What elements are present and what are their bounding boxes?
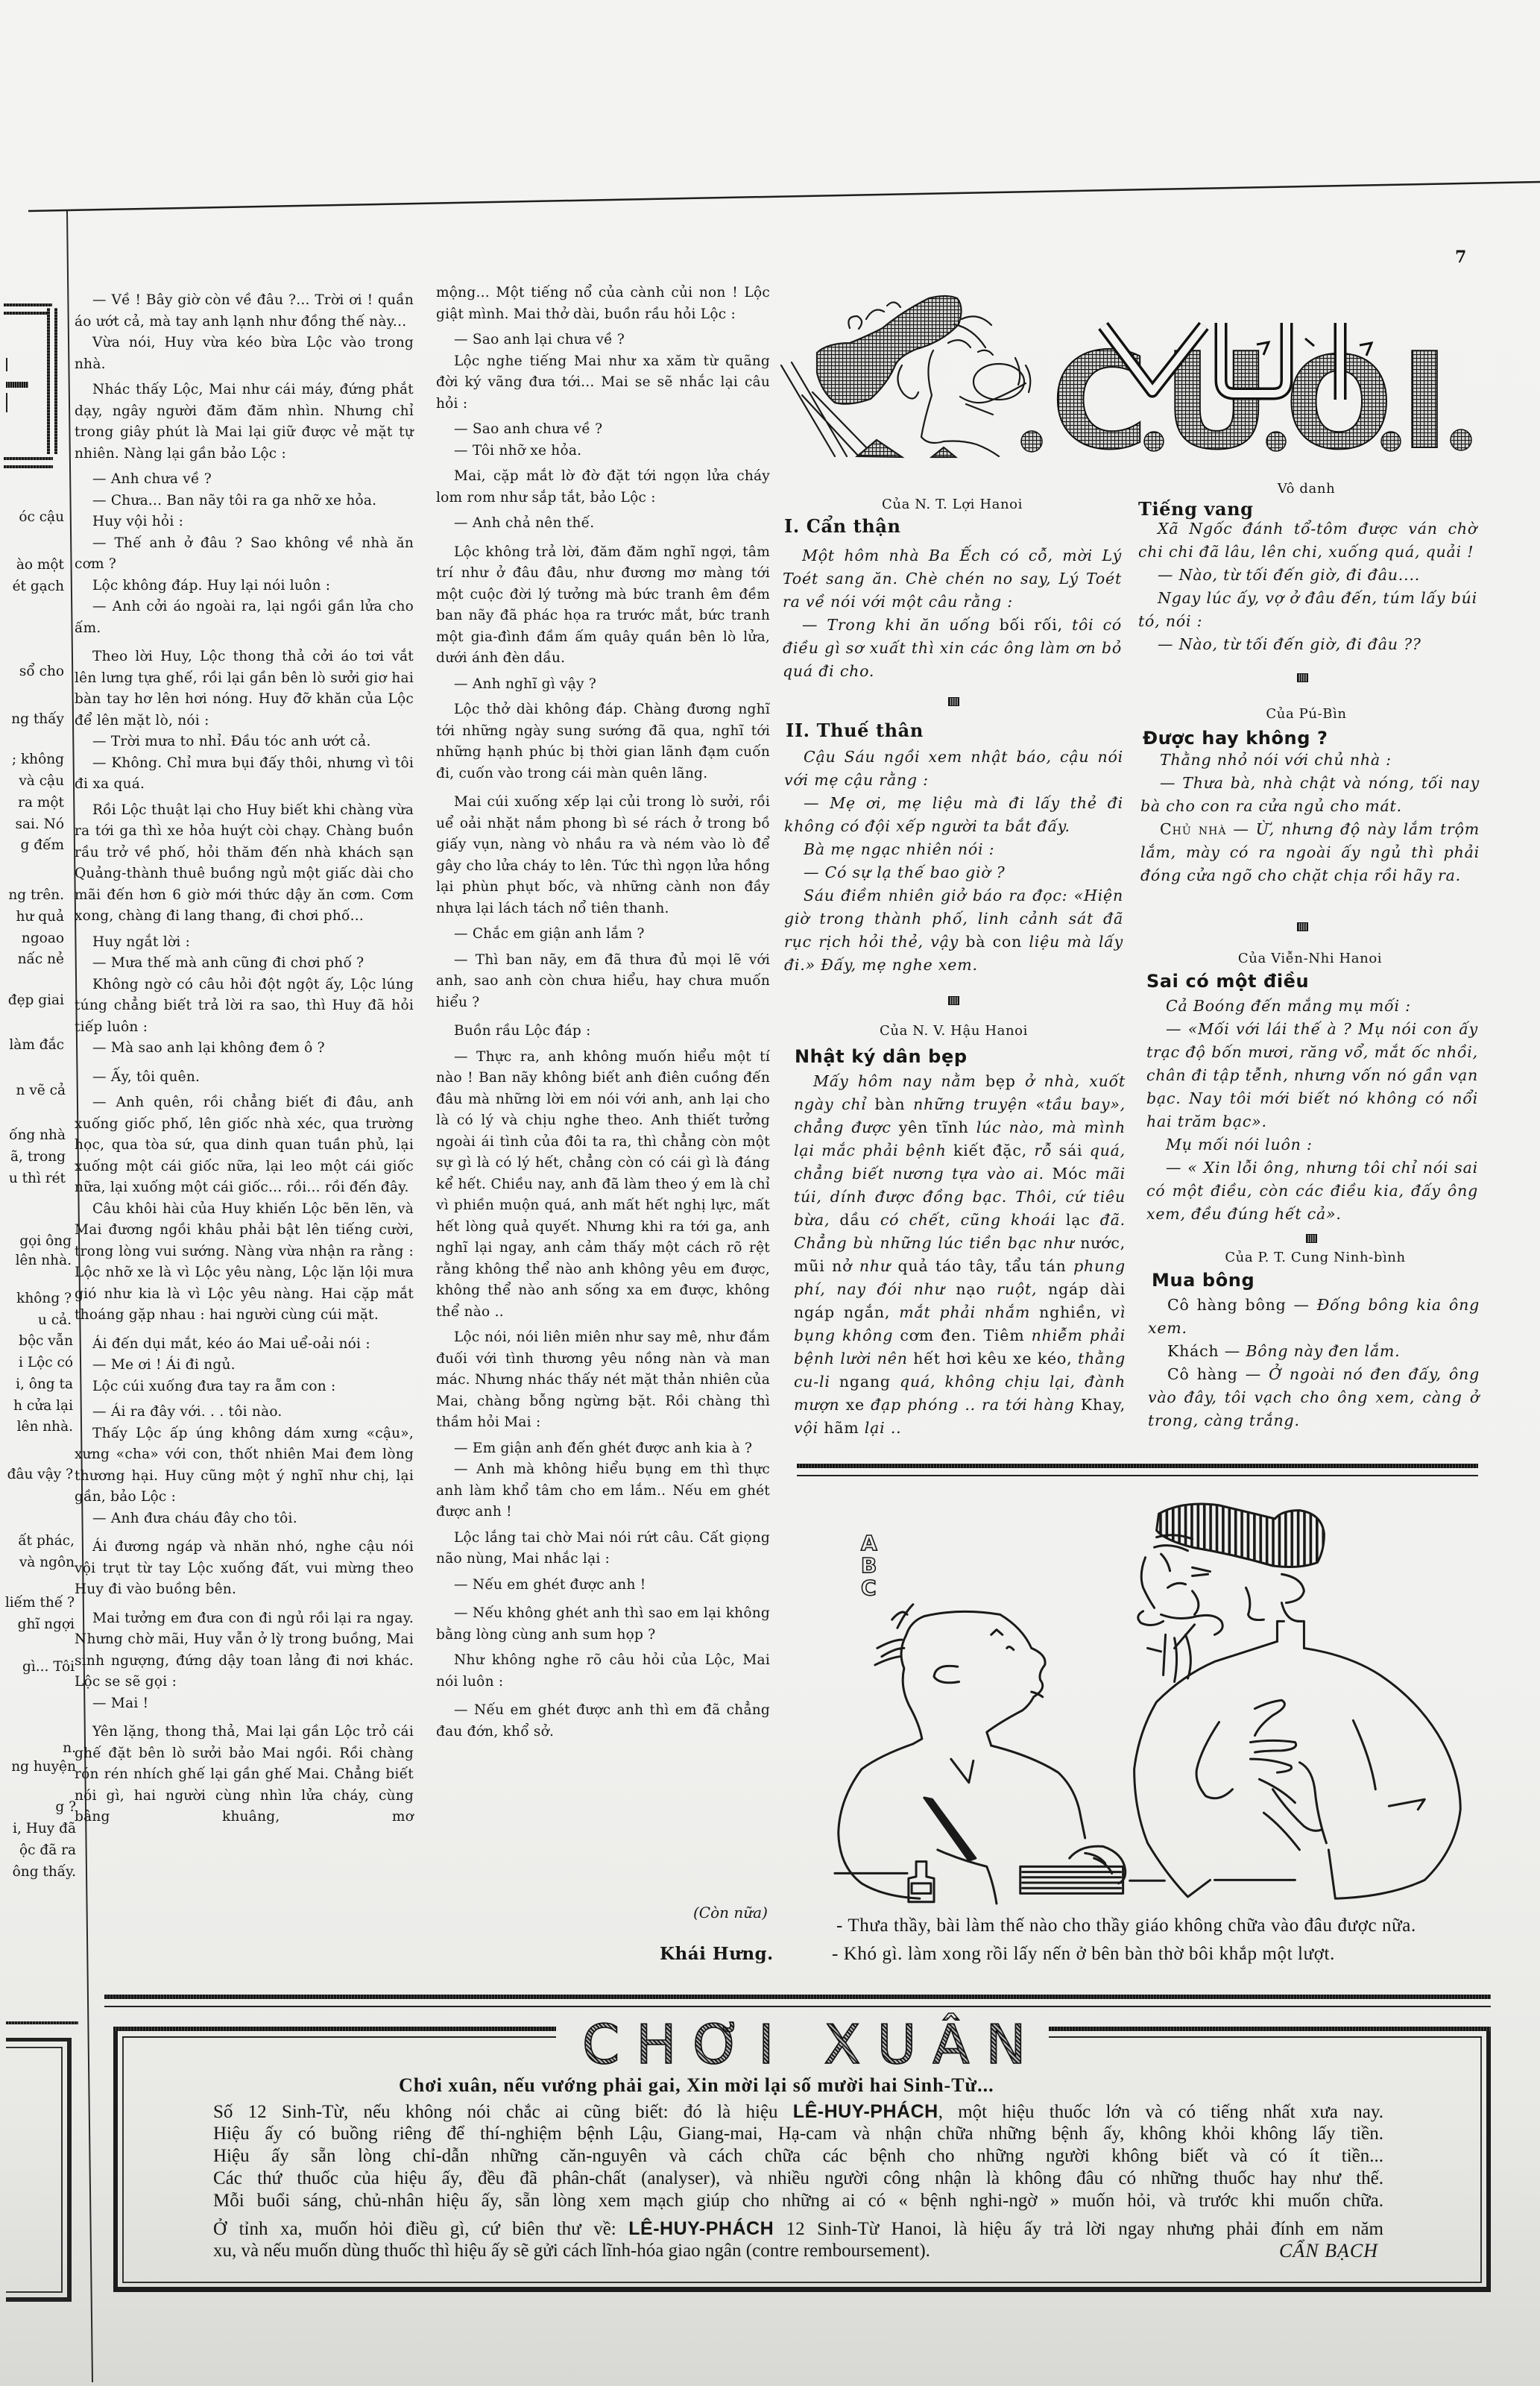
joke-title: I. Cẩn thận xyxy=(784,514,901,538)
author-signature: Khái Hưng. xyxy=(660,1944,774,1964)
text-run: mắt phải nhắm xyxy=(899,1303,1030,1321)
fragment-line: ất phác, xyxy=(18,1531,75,1552)
story-paragraph: — Anh chưa về ? xyxy=(75,469,414,491)
story-paragraph: — Mưa thế mà anh cũng đi chơi phố ? xyxy=(75,953,414,975)
ad-text: 12 Sinh-Từ Hanoi, là hiệu ấy trả lời nga… xyxy=(774,2219,1383,2239)
fragment-line: ghĩ ngợi xyxy=(18,1614,75,1635)
joke-byline: Của Viễn-Nhi Hanoi xyxy=(1140,948,1480,969)
text-run: như xyxy=(859,1257,891,1275)
joke-body: Cả Boóng đến mắng mụ mối : — «Mối với lá… xyxy=(1146,995,1478,1226)
dash: — xyxy=(1219,1342,1246,1360)
cartoon-illustration xyxy=(790,1447,1491,1924)
speaker-label: Cô hàng xyxy=(1167,1365,1238,1383)
ad-separator-thin xyxy=(104,2006,1491,2007)
fragment-line: n vẽ cả xyxy=(16,1080,66,1101)
fragment-line: ông thấy. xyxy=(13,1862,76,1883)
ad-text: Mỗi buổi sáng, chủ-nhân hiệu ấy, sẵn lòn… xyxy=(213,2191,1383,2211)
text-run: bối rối, xyxy=(1000,616,1063,634)
joke-paragraph: Bà mẹ ngạc nhiên nói : xyxy=(784,838,1123,861)
text-run: dầu xyxy=(830,1211,880,1229)
story-paragraph: — Anh mà không hiểu bụng em thì thực anh… xyxy=(436,1459,770,1523)
ornament-bar xyxy=(4,457,53,460)
ornament-icon xyxy=(948,697,959,706)
speech-text: Bông này đen lắm. xyxy=(1246,1342,1400,1360)
joke-paragraph: Cô hàng bông — Đống bông kia ông xem. xyxy=(1148,1294,1480,1340)
story-paragraph: Vừa nói, Huy vừa kéo bừa Lộc vào trong n… xyxy=(75,333,414,375)
text-run: có chết, cũng khoái xyxy=(880,1211,1056,1229)
story-paragraph: Thấy Lộc ấp úng không dám xưng «cậu», xư… xyxy=(75,1423,414,1508)
story-paragraph: Không ngờ có câu hỏi đột ngột ấy, Lộc lú… xyxy=(75,975,414,1039)
pupil-figure xyxy=(835,1605,1164,1904)
text-run: ruột, xyxy=(997,1280,1037,1298)
fragment-line: nấc nẻ xyxy=(18,949,64,970)
title-letter: C xyxy=(1051,324,1149,479)
cartoon-caption-line: - Khó gì. làm xong rồi lấy nến ở bên bàn… xyxy=(832,1942,1335,1967)
text-run: nghiền, xyxy=(1030,1303,1102,1321)
joke-paragraph: Mấy hôm nay nằm bẹp ở nhà, xuốt ngày chỉ… xyxy=(794,1070,1126,1440)
joke-body: Xã Ngốc đánh tổ-tôm được ván chờ chi chi… xyxy=(1138,517,1477,656)
fragment-line: ào một xyxy=(16,555,64,576)
fragment-line: ã, trong xyxy=(10,1147,66,1168)
story-paragraph: — Anh quên, rồi chẳng biết đi đâu, anh x… xyxy=(75,1092,414,1199)
outline-letter: V xyxy=(775,224,776,224)
story-paragraph: — Mai ! xyxy=(75,1693,414,1715)
joke-paragraph: — Mẹ ơi, mẹ liệu mà đi lấy thẻ đi không … xyxy=(784,792,1123,838)
fragment-line: sai. Nó xyxy=(15,814,64,835)
story-paragraph: Theo lời Huy, Lộc thong thả cởi áo tơi v… xyxy=(75,646,414,731)
fragment-line: lên nhà. xyxy=(16,1250,72,1271)
fragment-line: g ? xyxy=(55,1797,76,1818)
top-rule xyxy=(28,182,1540,211)
ad-subtitle: Chơi xuân, nếu vướng phải gai, Xin mời l… xyxy=(399,2074,994,2097)
speaker-label: Cô hàng bông xyxy=(1167,1296,1287,1314)
text-run: rỗ xyxy=(1034,1142,1052,1159)
speaker-label: Khách xyxy=(1167,1342,1219,1360)
story-paragraph: Câu khôi hài của Huy khiến Lộc bẽn lẽn, … xyxy=(75,1199,414,1326)
joke-paragraph: Chủ nhà — Ừ, nhưng độ này lắm trộm lắm, … xyxy=(1140,818,1480,887)
fragment-line: không ? xyxy=(16,1288,72,1309)
text-run: bàn xyxy=(867,1095,913,1113)
ornament-icon xyxy=(1297,673,1308,682)
story-paragraph: — Anh chả nên thế. xyxy=(436,513,770,535)
story-paragraph: Yên lặng, thong thả, Mai lại gần Lộc trỏ… xyxy=(75,1722,414,1828)
story-paragraph: — Về ! Bây giờ còn về đâu ?... Trời ơi !… xyxy=(75,290,414,333)
text-run: vội xyxy=(794,1419,818,1437)
joke-paragraph: — Trong khi ăn uống bối rối, tôi có điều… xyxy=(783,614,1122,683)
text-run: kiết đặc, xyxy=(947,1142,1035,1159)
dash: — xyxy=(1238,1365,1269,1383)
story-paragraph: Lộc nghe tiếng Mai như xa xăm từ quãng đ… xyxy=(436,351,770,415)
text-run: quả táo tây, tẩu tán xyxy=(891,1257,1073,1275)
caricature-face-icon xyxy=(781,296,1030,457)
story-paragraph: — Me ơi ! Ái đi ngủ. xyxy=(75,1355,414,1376)
story-paragraph: Huy vội hỏi : xyxy=(75,511,414,533)
text-run: — Trong khi ăn uống xyxy=(802,616,1000,634)
ad-line: Hiệu ấy có buồng riêng để thí-nghiệm bện… xyxy=(213,2123,1383,2145)
text-run: đạp phóng .. ra tới hàng xyxy=(871,1396,1075,1414)
story-paragraph: Lộc không đáp. Huy lại nói luôn : xyxy=(75,576,414,597)
fragment-line: h cửa lại xyxy=(13,1396,73,1417)
joke-paragraph: Cô hàng — Ở ngoài nó đen đấy, ông vào đâ… xyxy=(1148,1363,1480,1432)
joke-paragraph: Khách — Bông này đen lắm. xyxy=(1148,1340,1480,1363)
ornament-icon xyxy=(1306,1234,1317,1243)
fragment-line: làm đắc xyxy=(9,1035,64,1056)
fragment-line: ộc đã ra xyxy=(19,1840,76,1861)
ad-line: Ở tỉnh xa, muốn hỏi điều gì, cứ biên thư… xyxy=(213,2217,1383,2240)
story-paragraph: — Anh đưa cháu đây cho tôi. xyxy=(75,1508,414,1530)
story-paragraph: — Thực ra, anh không muốn hiểu một tí nà… xyxy=(436,1047,770,1323)
fragment-line: bộc vẫn xyxy=(19,1331,73,1352)
ad-line: Mỗi buổi sáng, chủ-nhân hiệu ấy, sẵn lòn… xyxy=(213,2190,1383,2212)
story-paragraph: — Chắc em giận anh lắm ? xyxy=(436,924,770,945)
ad-text: , một hiệu thuốc lớn và có tiếng nhất xư… xyxy=(938,2102,1383,2122)
vui-cuoi-logo: C U O I V xyxy=(775,224,1506,522)
frame-bar xyxy=(47,308,50,454)
text-run: Mấy hôm nay nằm xyxy=(813,1072,976,1090)
joke-paragraph: — Nào, từ tối đến giờ, đi đâu.... xyxy=(1138,564,1477,587)
story-paragraph: — Thế anh ở đâu ? Sao không về nhà ăn cơ… xyxy=(75,533,414,576)
story-paragraph: — Tôi nhỡ xe hỏa. xyxy=(436,441,770,462)
fragment-line: ống nhà xyxy=(9,1125,66,1146)
story-paragraph: Ái đến dụi mắt, kéo áo Mai uể-oải nói : xyxy=(75,1334,414,1356)
joke-paragraph: — «Mối với lái thế à ? Mụ nói con ấy trạ… xyxy=(1146,1018,1478,1133)
ad-text: Hiệu ấy có buồng riêng để thí-nghiệm bện… xyxy=(213,2124,1383,2144)
ad-line: Số 12 Sinh-Từ, nếu không nói chắc ai cũn… xyxy=(213,2100,1383,2123)
story-paragraph: — Em giận anh đến ghét được anh kia à ? xyxy=(436,1438,770,1460)
text-run: xe xyxy=(839,1396,871,1414)
story-paragraph: — Nếu không ghét anh thì sao em lại khôn… xyxy=(436,1603,770,1646)
ad-line: Các thứ thuốc của hiệu ấy, đều đã phân-c… xyxy=(213,2168,1383,2190)
text-run: lạc xyxy=(1056,1211,1100,1229)
story-paragraph: — Ấy, tôi quên. xyxy=(75,1067,414,1089)
story-paragraph: Lộc cúi xuống đưa tay ra ẵm con : xyxy=(75,1376,414,1398)
story-paragraph: Lộc nói, nói liên miên như say mê, như đ… xyxy=(436,1327,770,1434)
dash: — xyxy=(1226,820,1255,838)
abc-letter: C xyxy=(861,1578,877,1599)
story-paragraph: — Nếu em ghét được anh ! xyxy=(436,1575,770,1596)
story-paragraph: — Ái ra đây với. . . tôi nào. xyxy=(75,1402,414,1423)
ornament-bar xyxy=(4,312,50,315)
story-paragraph: — Sao anh lại chưa về ? xyxy=(436,330,770,351)
joke-paragraph: — Nào, từ tối đến giờ, đi đâu ?? xyxy=(1138,633,1477,656)
joke-title: Mua bông xyxy=(1152,1268,1255,1292)
fragment-line: óc cậu xyxy=(19,507,64,528)
teacher-figure xyxy=(1135,1504,1461,1898)
title-letters: C U O I xyxy=(1021,324,1471,479)
fragment-line: g đếm xyxy=(21,835,65,856)
ad-body: Số 12 Sinh-Từ, nếu không nói chắc ai cũn… xyxy=(213,2100,1383,2262)
ad-brand: LÊ-HUY-PHÁCH xyxy=(793,2101,938,2122)
joke-paragraph: Xã Ngốc đánh tổ-tôm được ván chờ chi chi… xyxy=(1138,517,1477,564)
fragment-line: liếm thế ? xyxy=(5,1593,75,1614)
text-run: hãm xyxy=(818,1419,865,1437)
joke-byline: Của N. V. Hậu Hanoi xyxy=(784,1021,1123,1042)
fragment-line: và cậu xyxy=(19,771,64,792)
joke-paragraph: Ngay lúc ấy, vợ ở đâu đến, túm lấy búi t… xyxy=(1138,587,1477,633)
joke-byline: Vô danh xyxy=(1137,479,1476,500)
story-paragraph: Nhác thấy Lộc, Mai như cái máy, đứng phắ… xyxy=(75,380,414,465)
ad-text: Ở tỉnh xa, muốn hỏi điều gì, cứ biên thư… xyxy=(213,2219,628,2239)
joke-title: Nhật ký dân bẹp xyxy=(795,1045,968,1068)
ad-line: Hiệu ấy sẵn lòng chỉ-dẫn những căn-nguyê… xyxy=(213,2145,1383,2168)
fragment-line: gọi ông xyxy=(19,1231,72,1252)
story-paragraph: Mai, cặp mắt lờ đờ đặt tới ngọn lửa cháy… xyxy=(436,466,770,509)
ad-separator-thick xyxy=(104,1995,1491,1999)
continued-note: (Còn nữa) xyxy=(693,1904,768,1921)
fragment-line: ng trên. xyxy=(8,885,64,906)
fragment-line: hư quả xyxy=(16,907,65,928)
story-paragraph: — Trời mưa to nhỉ. Đầu tóc anh ướt cả. xyxy=(75,731,414,753)
fragment-line: ra một xyxy=(18,793,64,813)
fragment-line: u thì rét xyxy=(9,1168,66,1189)
text-run: bẹp xyxy=(976,1072,1025,1090)
abc-letter: B xyxy=(861,1555,877,1576)
joke-byline: Của N. T. Lợi Hanoi xyxy=(783,494,1122,515)
story-paragraph: Rồi Lộc thuật lại cho Huy biết khi chàng… xyxy=(75,800,414,928)
joke-byline: Của P. T. Cung Ninh-bình xyxy=(1146,1247,1485,1268)
story-paragraph: — Không. Chỉ mưa bụi đấy thôi, nhưng vì … xyxy=(75,753,414,796)
ad-text: Hiệu ấy sẵn lòng chỉ-dẫn những căn-nguyê… xyxy=(213,2146,1383,2166)
frame-mark xyxy=(6,382,28,388)
story-paragraph: Mai tưởng em đưa con đi ngủ rồi lại ra n… xyxy=(75,1608,414,1693)
text-run: hết hơi kêu xe kéo, xyxy=(908,1350,1078,1367)
joke-body: Một hôm nhà Ba Ếch có cỗ, mời Lý Toét sa… xyxy=(783,544,1122,683)
text-run: bà con xyxy=(965,933,1022,951)
ornament-bar xyxy=(4,303,52,306)
fragment-line: ngoao xyxy=(22,928,64,949)
joke-title: Được hay không ? xyxy=(1143,726,1328,750)
serial-column-1: — Về ! Bây giờ còn về đâu ?... Trời ơi !… xyxy=(75,290,414,1828)
joke-title: Sai có một điều xyxy=(1146,969,1309,993)
fragment-line: i, Huy đã xyxy=(13,1819,76,1839)
frame-bar xyxy=(54,308,57,454)
fragment-line: sổ cho xyxy=(19,661,64,682)
text-run: lại .. xyxy=(865,1419,902,1437)
ornament-bar xyxy=(4,465,53,468)
cartoon-caption-line: - Thưa thầy, bài làm thế nào cho thầy gi… xyxy=(836,1913,1416,1939)
fragment-line: i, ông ta xyxy=(16,1374,73,1395)
fragment-line: u cả. xyxy=(38,1310,72,1331)
text-run: nạo xyxy=(945,1280,997,1298)
fragment-line: ng huyện xyxy=(11,1757,76,1778)
joke-body: Mấy hôm nay nằm bẹp ở nhà, xuốt ngày chỉ… xyxy=(794,1070,1126,1440)
abc-letter: A xyxy=(861,1533,877,1554)
joke-paragraph: Cả Boóng đến mắng mụ mối : xyxy=(1146,995,1478,1018)
story-paragraph: — Anh nghĩ gì vậy ? xyxy=(436,674,770,696)
ad-top-rule-left-thin xyxy=(122,2036,556,2038)
ornament-icon xyxy=(1297,922,1308,931)
ad-signature: CẨN BẠCH xyxy=(1279,2240,1378,2262)
story-paragraph: Lộc không trả lời, đăm đăm nghĩ ngợi, tâ… xyxy=(436,542,770,670)
joke-paragraph: Thằng nhỏ nói với chủ nhà : xyxy=(1140,749,1480,772)
speaker-label: Chủ nhà xyxy=(1160,820,1226,838)
fragment-line: lên nhà. xyxy=(17,1417,73,1438)
joke-byline: Của Pú-Bìn xyxy=(1137,704,1476,725)
frame-mark xyxy=(6,393,7,412)
joke-title: II. Thuế thân xyxy=(786,719,924,743)
story-paragraph: Ái đương ngáp và nhăn nhó, nghe cậu nói … xyxy=(75,1537,414,1601)
joke-paragraph: Một hôm nhà Ba Ếch có cỗ, mời Lý Toét sa… xyxy=(783,544,1122,614)
story-paragraph: Buồn rầu Lộc đáp : xyxy=(436,1021,770,1042)
joke-body: Cô hàng bông — Đống bông kia ông xem. Kh… xyxy=(1148,1294,1480,1432)
left-page-frame-inner xyxy=(6,2047,63,2293)
story-paragraph: Lộc lắng tai chờ Mai nói rứt câu. Cất gi… xyxy=(436,1528,770,1570)
ad-title: CHƠI XUÂN xyxy=(582,2018,1042,2071)
fragment-line: i Lộc có xyxy=(19,1353,73,1373)
joke-paragraph: Mụ mối nói luôn : xyxy=(1146,1133,1478,1156)
story-paragraph: — Thì ban nãy, em đã thưa đủ mọi lẽ với … xyxy=(436,950,770,1014)
joke-paragraph: — Có sự lạ thế bao giờ ? xyxy=(784,861,1123,884)
text-run: cơm đen. Tiêm xyxy=(893,1326,1031,1344)
ad-text: xu, và nếu muốn dùng thuốc thì hiệu ấy s… xyxy=(213,2241,930,2261)
text-run: ngang xyxy=(830,1373,900,1391)
fragment-line: ; không xyxy=(12,749,64,770)
story-paragraph: — Mà sao anh lại không đem ô ? xyxy=(75,1038,414,1060)
story-paragraph: Mai cúi xuống xếp lại củi trong lò sưởi,… xyxy=(436,792,770,919)
joke-paragraph: — « Xin lỗi ông, nhưng tôi chỉ nói sai c… xyxy=(1146,1156,1478,1226)
story-paragraph: — Chưa... Ban nãy tôi ra ga nhỡ xe hỏa. xyxy=(75,491,414,512)
story-paragraph: — Anh cởi áo ngoài ra, lại ngồi gần lửa … xyxy=(75,596,414,639)
frame-mark xyxy=(6,358,7,371)
fragment-line: đâu vậy ? xyxy=(7,1464,73,1485)
dash: — xyxy=(1287,1296,1317,1314)
joke-paragraph: Cậu Sáu ngồi xem nhật báo, cậu nói với m… xyxy=(784,746,1123,792)
serial-column-2: mộng... Một tiếng nổ của cành củi non ! … xyxy=(436,283,770,1743)
fragment-line: và ngôn xyxy=(19,1552,75,1573)
joke-paragraph: — Thưa bà, nhà chật và nóng, tối nay bà … xyxy=(1140,772,1480,818)
ad-text: Số 12 Sinh-Từ, nếu không nói chắc ai cũn… xyxy=(213,2102,793,2122)
text-run: yên tĩnh xyxy=(892,1118,976,1136)
story-paragraph: Như không nghe rõ câu hỏi của Lộc, Mai n… xyxy=(436,1650,770,1693)
ornament-bar xyxy=(6,2021,78,2024)
story-paragraph: — Sao anh chưa về ? xyxy=(436,419,770,441)
fragment-line: ng thấy xyxy=(11,709,64,730)
story-paragraph: — Nếu em ghét được anh thì em đã chẳng đ… xyxy=(436,1700,770,1743)
ad-top-rule-right xyxy=(1049,2027,1491,2031)
story-paragraph: Huy ngắt lời : xyxy=(75,932,414,954)
ad-brand: LÊ-HUY-PHÁCH xyxy=(628,2218,774,2239)
joke-body: Thằng nhỏ nói với chủ nhà : — Thưa bà, n… xyxy=(1140,749,1480,887)
text-run: Khay, xyxy=(1075,1396,1126,1414)
fragment-line: ét gạch xyxy=(13,576,64,597)
fragment-line: gì... Tôi xyxy=(22,1657,75,1678)
story-paragraph: mộng... Một tiếng nổ của cành củi non ! … xyxy=(436,283,770,325)
ad-text: Các thứ thuốc của hiệu ấy, đều đã phân-c… xyxy=(213,2168,1383,2188)
ornament-icon xyxy=(948,996,959,1005)
joke-body: Cậu Sáu ngồi xem nhật báo, cậu nói với m… xyxy=(784,746,1123,977)
joke-paragraph: Sáu điềm nhiên giở báo ra đọc: «Hiện giờ… xyxy=(784,884,1123,977)
ad-top-rule-right-thin xyxy=(1049,2036,1482,2038)
ad-line: xu, và nếu muốn dùng thuốc thì hiệu ấy s… xyxy=(213,2240,1383,2262)
title-letter: I xyxy=(1400,324,1449,479)
text-run: Móc xyxy=(1044,1165,1096,1183)
story-paragraph: Lộc thở dài không đáp. Chàng đương nghĩ … xyxy=(436,699,770,784)
fragment-line: đẹp giai xyxy=(8,990,64,1011)
ad-top-rule-left xyxy=(113,2027,556,2031)
text-run: sái xyxy=(1052,1142,1089,1159)
